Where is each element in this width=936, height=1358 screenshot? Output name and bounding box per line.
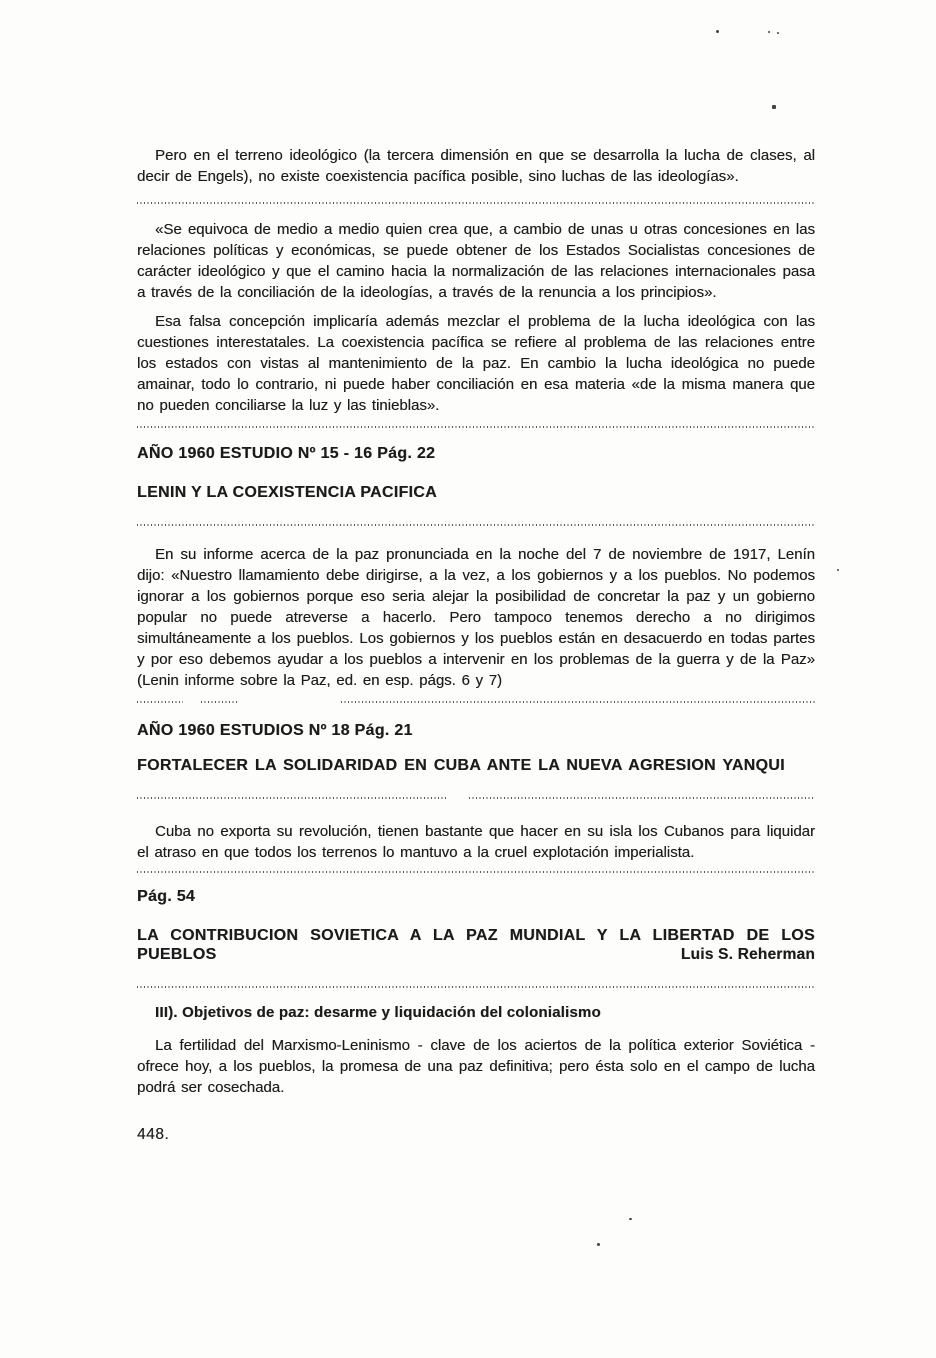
heading-ano-1960-estudios-18: AÑO 1960 ESTUDIOS Nº 18 Pág. 21: [137, 721, 815, 740]
noise-speck: [777, 32, 779, 34]
title-block-contribucion: LA CONTRIBUCION SOVIETICA A LA PAZ MUNDI…: [137, 926, 815, 964]
paragraph-falsa-concepcion: Esa falsa concepción implicaría además m…: [137, 311, 815, 416]
dotted-divider-segmented: [137, 797, 815, 799]
divider-segment: [137, 797, 447, 799]
heading-lenin-coexistencia: LENIN Y LA COEXISTENCIA PACIFICA: [137, 483, 815, 502]
noise-speck: [629, 1218, 632, 1220]
scanned-document-page: Pero en el terreno ideológico (la tercer…: [0, 0, 936, 1358]
page-number: 448.: [137, 1126, 815, 1144]
dotted-divider: [137, 986, 815, 988]
divider-segment: [341, 701, 815, 703]
paragraph-informe-paz: En su informe acerca de la paz pronuncia…: [137, 544, 815, 691]
paragraph-equivoca: «Se equivoca de medio a medio quien crea…: [137, 219, 815, 303]
dotted-divider: [137, 202, 815, 204]
noise-speck: [837, 569, 839, 571]
noise-speck: [597, 1243, 600, 1246]
dotted-divider-segmented: [137, 701, 815, 703]
document-content: Pero en el terreno ideológico (la tercer…: [137, 145, 815, 1144]
noise-speck: [768, 31, 770, 33]
paragraph-ideologia: Pero en el terreno ideológico (la tercer…: [137, 145, 815, 187]
heading-pag-54: Pág. 54: [137, 887, 815, 906]
paragraph-fertilidad: La fertilidad del Marxismo-Leninismo - c…: [137, 1035, 815, 1098]
dotted-divider: [137, 871, 815, 873]
heading-ano-1960-estudio-15: AÑO 1960 ESTUDIO Nº 15 - 16 Pág. 22: [137, 444, 815, 463]
subheading-objetivos-de-paz: III). Objetivos de paz: desarme y liquid…: [155, 1004, 815, 1021]
noise-speck: [716, 30, 719, 33]
divider-segment: [469, 797, 815, 799]
heading-fortalecer-solidaridad: FORTALECER LA SOLIDARIDAD EN CUBA ANTE L…: [137, 756, 815, 775]
divider-segment: [137, 701, 183, 703]
dotted-divider: [137, 426, 815, 428]
dotted-divider: [137, 524, 815, 526]
paragraph-cuba: Cuba no exporta su revolución, tienen ba…: [137, 821, 815, 863]
author-name: Luis S. Reherman: [681, 946, 815, 964]
noise-speck: [772, 105, 776, 109]
divider-segment: [201, 701, 239, 703]
